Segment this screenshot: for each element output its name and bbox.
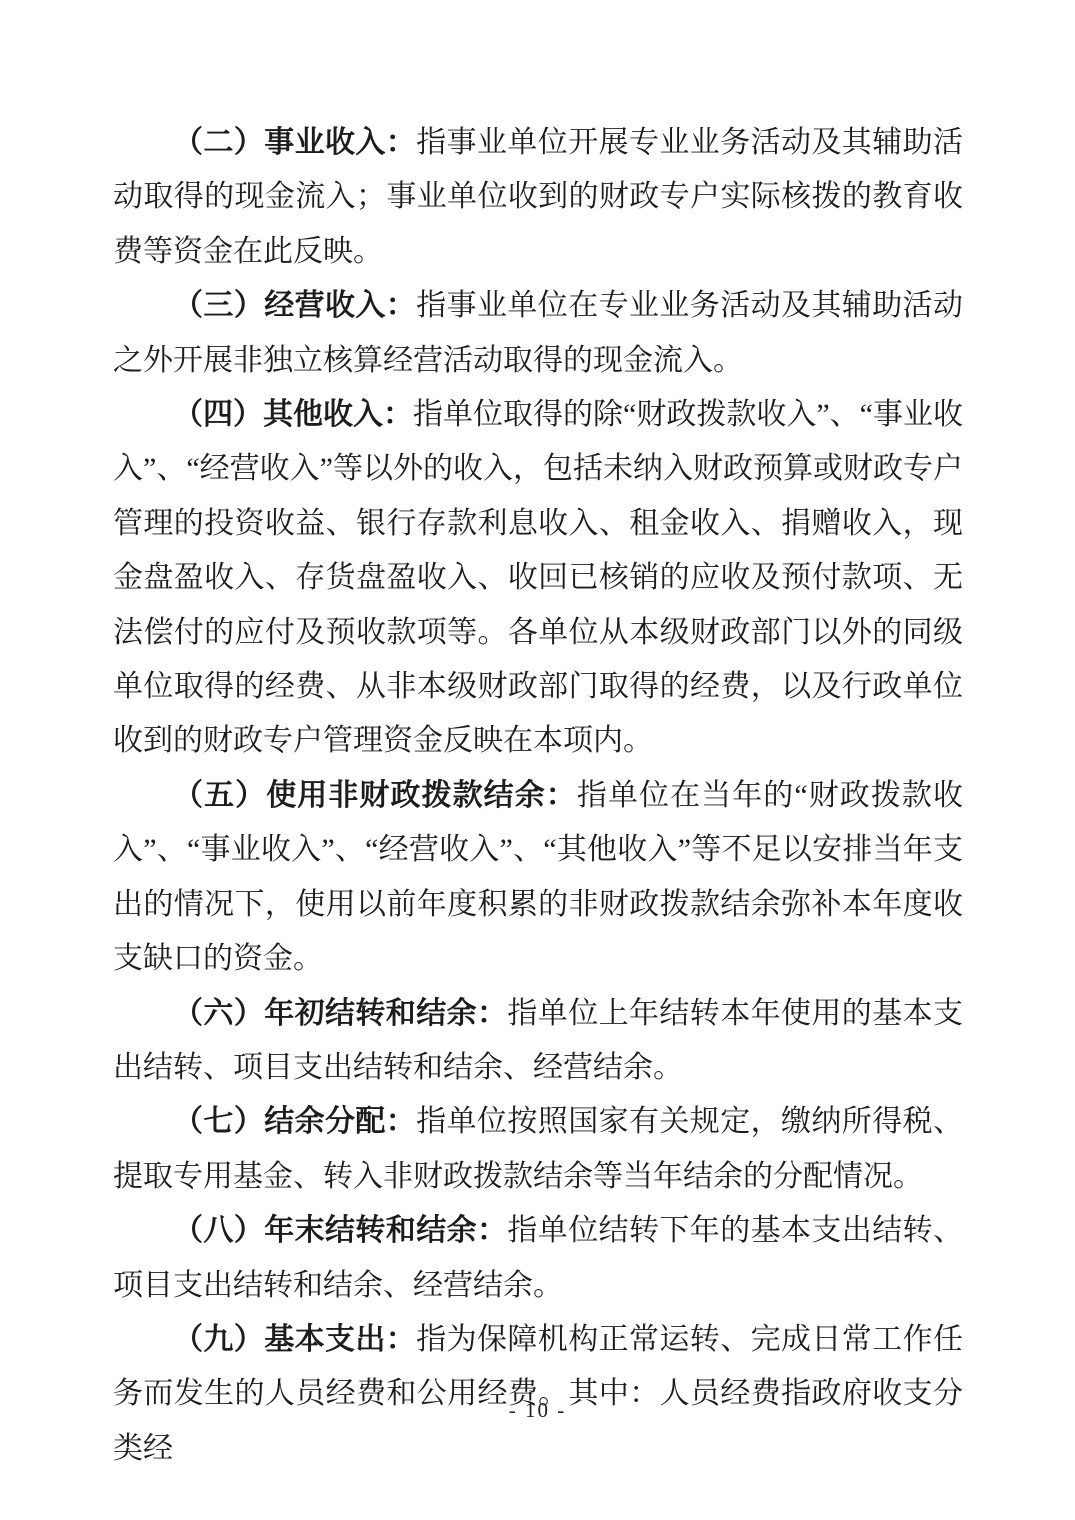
paragraph-label: （七）结余分配： bbox=[173, 1105, 416, 1138]
paragraph: （八）年末结转和结余：指单位结转下年的基本支出结转、项目支出结转和结余、经营结余… bbox=[113, 1204, 963, 1313]
paragraph: （六）年初结转和结余：指单位上年结转本年使用的基本支出结转、项目支出结转和结余、… bbox=[113, 987, 963, 1096]
paragraph-label: （四）其他收入： bbox=[173, 398, 413, 431]
paragraph: （七）结余分配：指单位按照国家有关规定，缴纳所得税、提取专用基金、转入非财政拨款… bbox=[113, 1095, 963, 1204]
paragraph: （二）事业收入：指事业单位开展专业业务活动及其辅助活动取得的现金流入；事业单位收… bbox=[113, 116, 963, 279]
paragraph-label: （九）基本支出： bbox=[173, 1323, 416, 1356]
paragraph-label: （八）年末结转和结余： bbox=[173, 1214, 507, 1247]
paragraph-label: （二）事业收入： bbox=[173, 126, 416, 159]
page-number: - 10 - bbox=[0, 1398, 1075, 1423]
paragraph: （九）基本支出：指为保障机构正常运转、完成日常工作任务而发生的人员经费和公用经费… bbox=[113, 1313, 963, 1476]
paragraph-text: 指单位取得的除“财政拨款收入”、“事业收入”、“经营收入”等以外的收入，包括未纳… bbox=[113, 398, 963, 757]
paragraph-label: （三）经营收入： bbox=[173, 289, 416, 322]
paragraph: （三）经营收入：指事业单位在专业业务活动及其辅助活动之外开展非独立核算经营活动取… bbox=[113, 279, 963, 388]
paragraph-label: （六）年初结转和结余： bbox=[173, 997, 507, 1030]
paragraph: （五）使用非财政拨款结余：指单位在当年的“财政拨款收入”、“事业收入”、“经营收… bbox=[113, 769, 963, 987]
document-page: （二）事业收入：指事业单位开展专业业务活动及其辅助活动取得的现金流入；事业单位收… bbox=[0, 0, 1075, 1520]
paragraph-label: （五）使用非财政拨款结余： bbox=[173, 779, 577, 812]
paragraph: （四）其他收入：指单位取得的除“财政拨款收入”、“事业收入”、“经营收入”等以外… bbox=[113, 388, 963, 769]
document-body: （二）事业收入：指事业单位开展专业业务活动及其辅助活动取得的现金流入；事业单位收… bbox=[113, 116, 963, 1476]
